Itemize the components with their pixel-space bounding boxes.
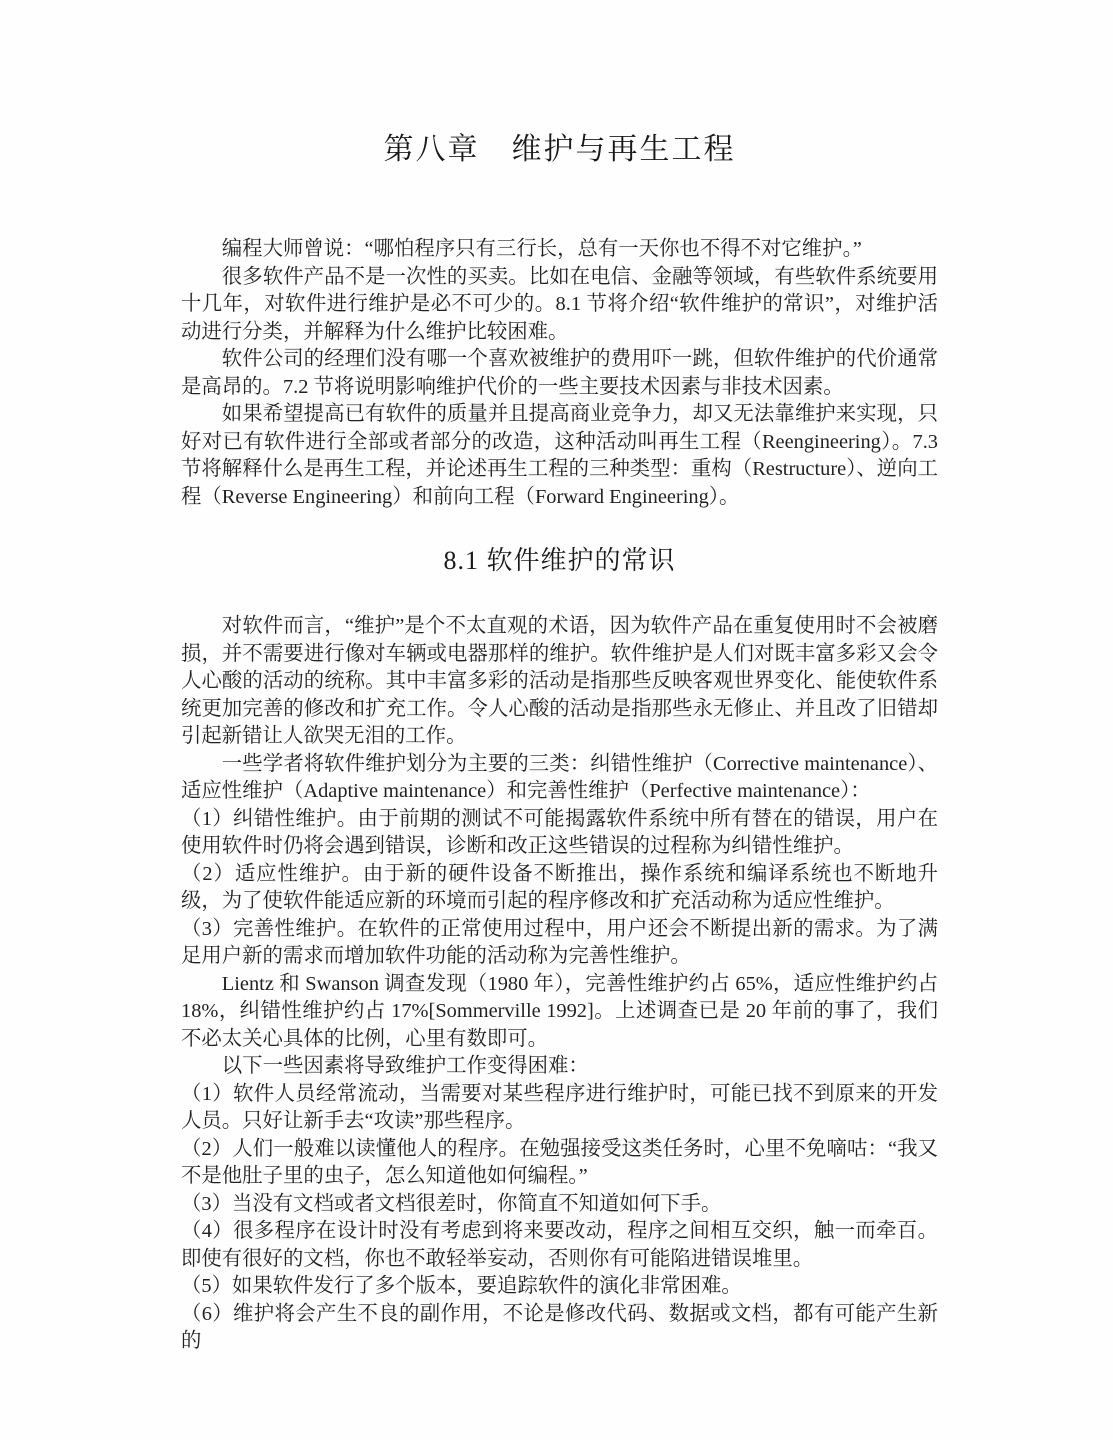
section-paragraph: 一些学者将软件维护划分为主要的三类：纠错性维护（Corrective maint… bbox=[181, 751, 938, 806]
intro-paragraph: 很多软件产品不是一次性的买卖。比如在电信、金融等领域，有些软件系统要用十几年，对… bbox=[181, 264, 938, 347]
intro-paragraph: 软件公司的经理们没有哪一个喜欢被维护的费用吓一跳，但软件维护的代价通常是高昂的。… bbox=[181, 346, 938, 401]
chapter-title: 第八章 维护与再生工程 bbox=[181, 130, 938, 170]
numbered-item: （1）软件人员经常流动，当需要对某些程序进行维护时，可能已找不到原来的开发人员。… bbox=[181, 1081, 938, 1136]
numbered-item: （1）纠错性维护。由于前期的测试不可能揭露软件系统中所有替在的错误，用户在使用软… bbox=[181, 806, 938, 861]
text-block: 第八章 维护与再生工程 编程大师曾说：“哪怕程序只有三行长，总有一天你也不得不对… bbox=[181, 0, 938, 1356]
section-paragraph: 以下一些因素将导致维护工作变得困难： bbox=[181, 1053, 938, 1081]
section-heading: 8.1 软件维护的常识 bbox=[181, 547, 938, 575]
numbered-item: （6）维护将会产生不良的副作用，不论是修改代码、数据或文档，都有可能产生新的 bbox=[181, 1301, 938, 1356]
section-paragraph: Lientz 和 Swanson 调查发现（1980 年），完善性维护约占 65… bbox=[181, 971, 938, 1054]
section-paragraph: 对软件而言，“维护”是个不太直观的术语，因为软件产品在重复使用时不会被磨损，并不… bbox=[181, 613, 938, 751]
document-page: 第八章 维护与再生工程 编程大师曾说：“哪怕程序只有三行长，总有一天你也不得不对… bbox=[0, 0, 1113, 1440]
intro-paragraph: 编程大师曾说：“哪怕程序只有三行长，总有一天你也不得不对它维护。” bbox=[181, 236, 938, 264]
numbered-item: （3）当没有文档或者文档很差时，你简直不知道如何下手。 bbox=[181, 1191, 938, 1219]
numbered-item: （2）人们一般难以读懂他人的程序。在勉强接受这类任务时，心里不免嘀咕：“我又不是… bbox=[181, 1136, 938, 1191]
numbered-item: （2）适应性维护。由于新的硬件设备不断推出，操作系统和编译系统也不断地升级，为了… bbox=[181, 861, 938, 916]
intro-paragraph: 如果希望提高已有软件的质量并且提高商业竞争力，却又无法靠维护来实现，只好对已有软… bbox=[181, 401, 938, 511]
numbered-item: （3）完善性维护。在软件的正常使用过程中，用户还会不断提出新的需求。为了满足用户… bbox=[181, 916, 938, 971]
numbered-item: （5）如果软件发行了多个版本，要追踪软件的演化非常困难。 bbox=[181, 1273, 938, 1301]
numbered-item: （4）很多程序在设计时没有考虑到将来要改动，程序之间相互交织，触一而牵百。即使有… bbox=[181, 1218, 938, 1273]
